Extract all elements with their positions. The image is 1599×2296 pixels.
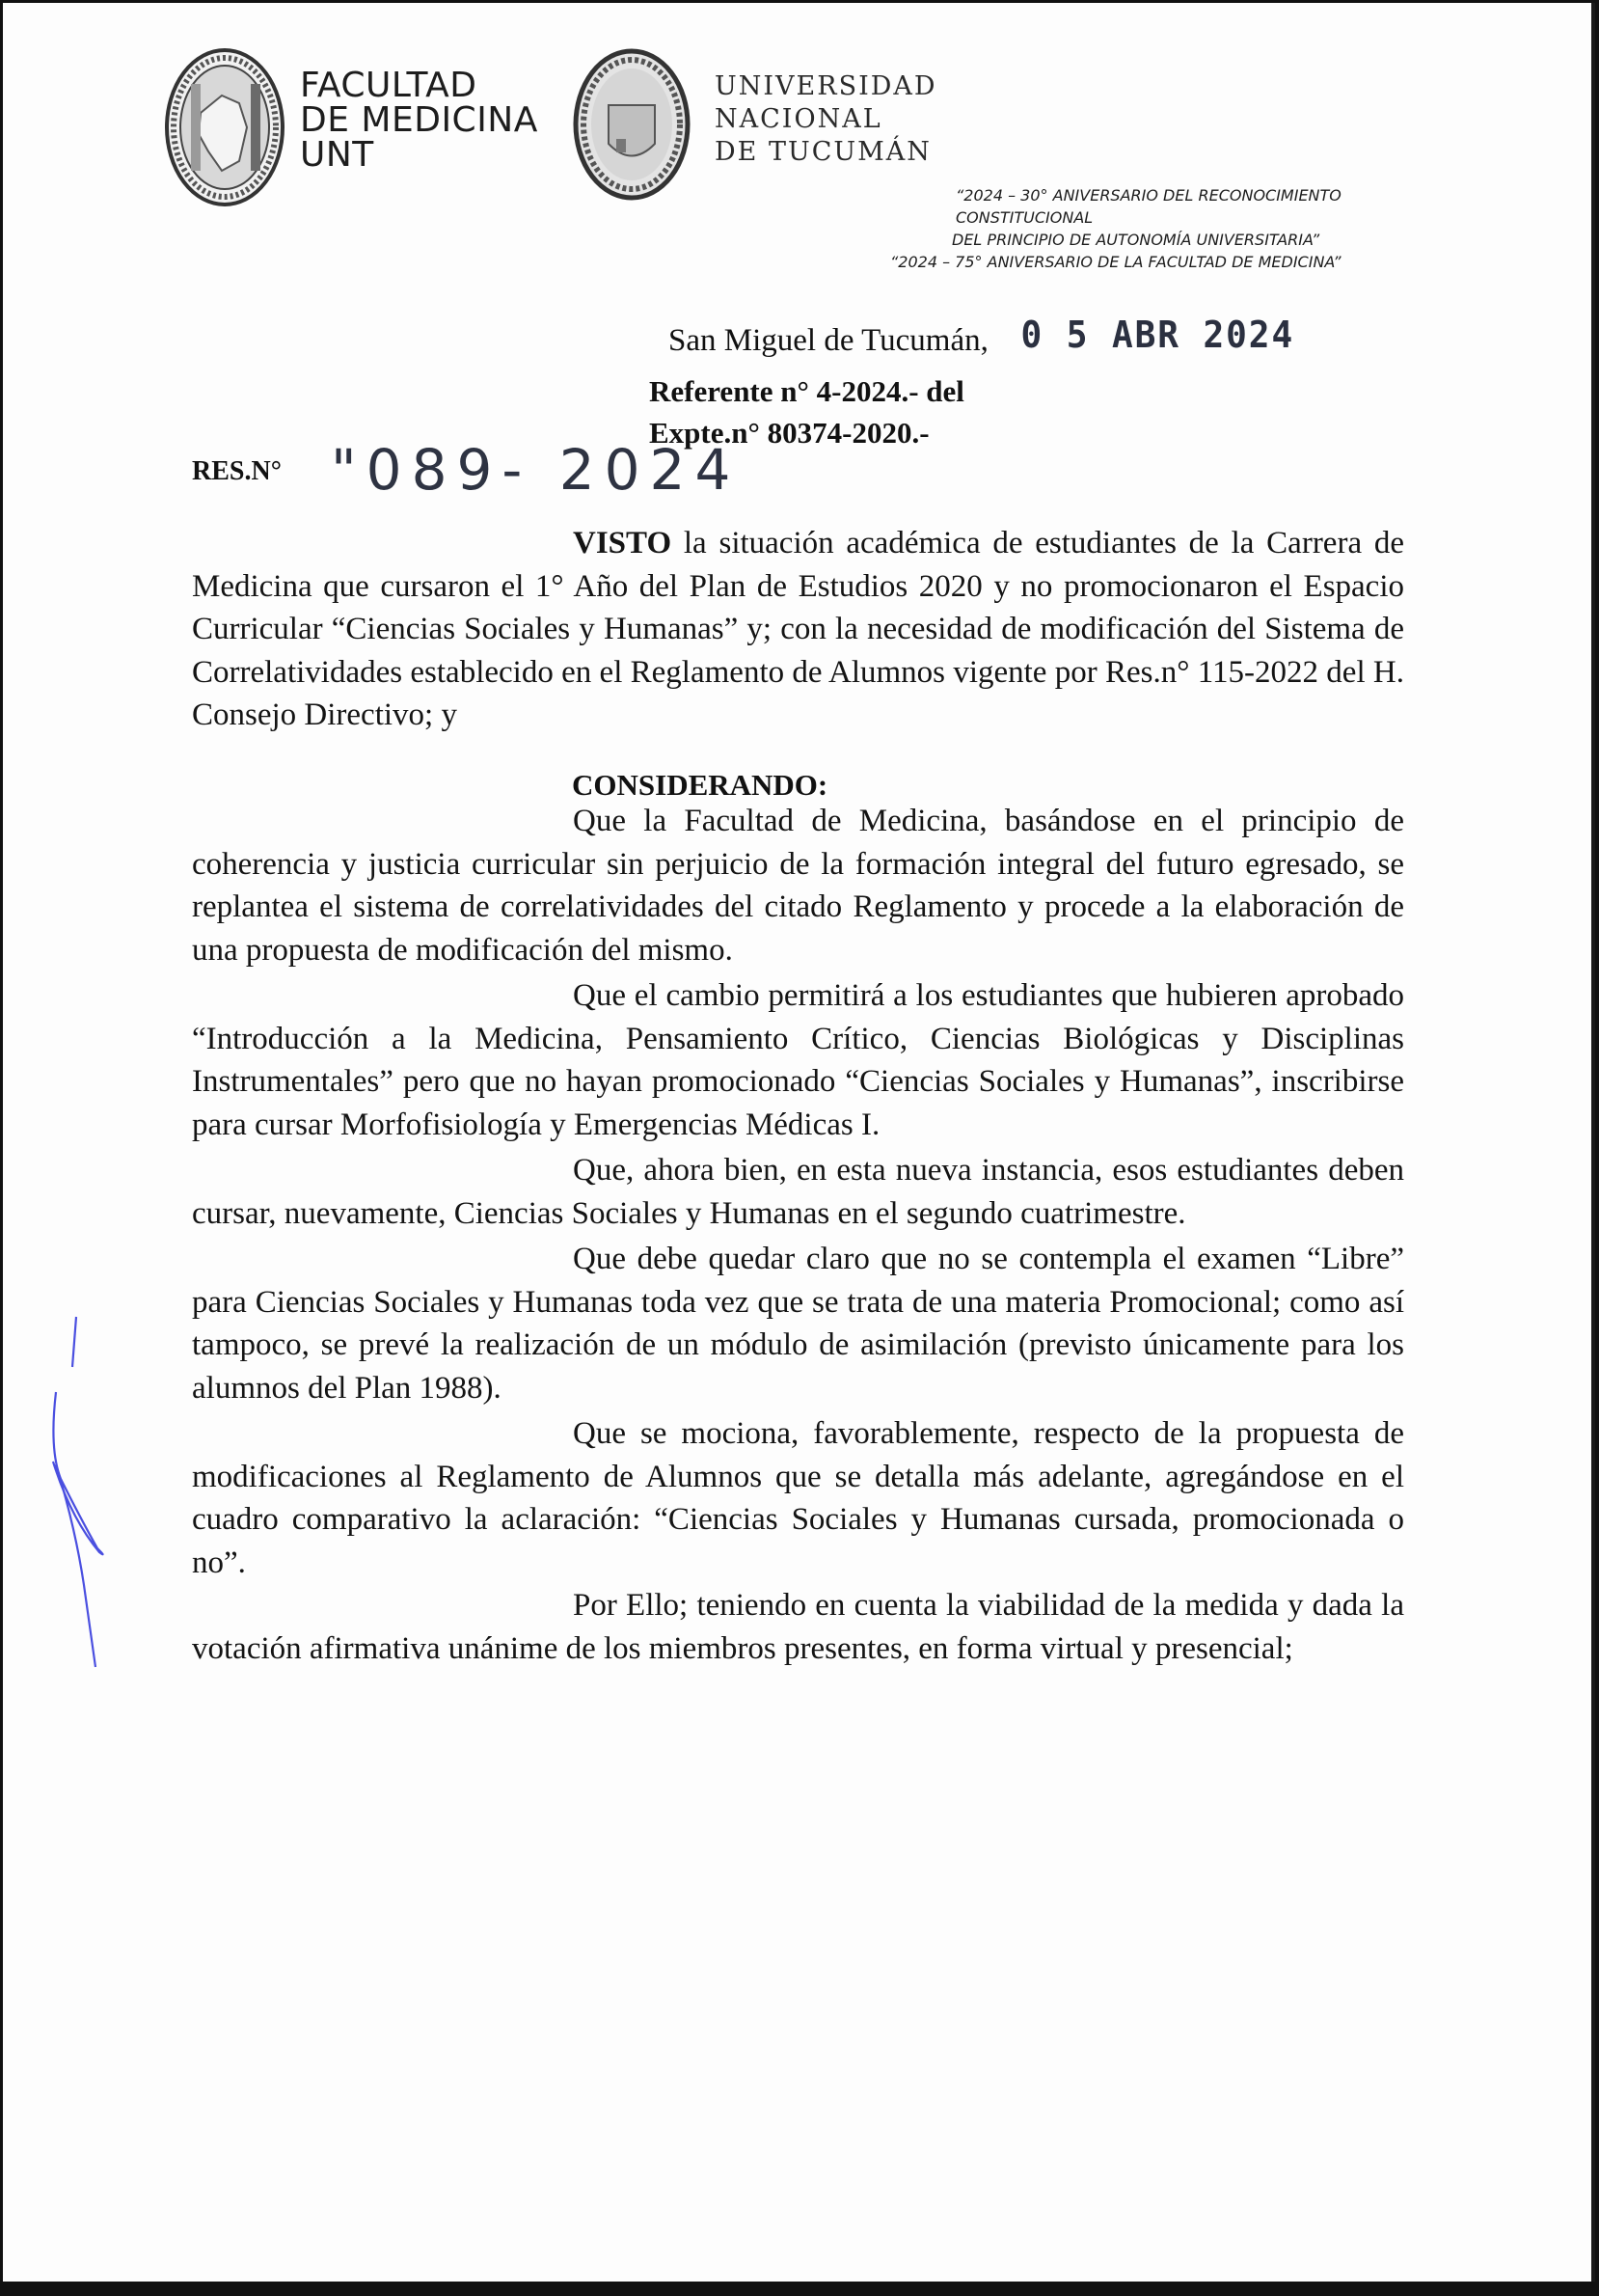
referente-number: Referente n° 4-2024.- del (649, 370, 964, 412)
document-page: FACULTAD DE MEDICINA UNT UNIVERSIDAD NAC… (3, 3, 1595, 2282)
visto-section: VISTO la situación académica de estudian… (192, 522, 1404, 737)
date-stamp: 0 5 ABR 2024 (1020, 314, 1294, 356)
considerando-paragraph: Que, ahora bien, en esta nueva instancia… (192, 1149, 1404, 1235)
university-seal-icon (572, 47, 691, 202)
university-name: UNIVERSIDAD NACIONAL DE TUCUMÁN (715, 70, 937, 169)
signature-initial-icon (32, 1296, 128, 1672)
considerando-paragraph: Que la Facultad de Medicina, basándose e… (192, 800, 1404, 971)
place-line: San Miguel de Tucumán, (668, 323, 989, 359)
resolution-label: RES.N° (192, 456, 282, 487)
visto-paragraph: VISTO la situación académica de estudian… (192, 522, 1404, 737)
faculty-seal-icon (162, 45, 287, 209)
considerando-paragraph: Que el cambio permitirá a los estudiante… (192, 974, 1404, 1146)
anniversary-mottos: “2024 – 30° ANIVERSARIO DEL RECONOCIMIEN… (871, 184, 1411, 273)
considerando-paragraph: Por Ello; teniendo en cuenta la viabilid… (192, 1584, 1404, 1670)
resolution-number-stamp: "089- 2024 (331, 437, 740, 503)
considerando-section: Que la Facultad de Medicina, basándose e… (192, 800, 1404, 1670)
considerando-heading: CONSIDERANDO: (572, 768, 827, 803)
faculty-name: FACULTAD DE MEDICINA UNT (300, 68, 538, 173)
considerando-paragraph: Que se mociona, favorablemente, respecto… (192, 1412, 1404, 1584)
considerando-paragraph: Que debe quedar claro que no se contempl… (192, 1238, 1404, 1409)
visto-keyword: VISTO (573, 526, 671, 560)
